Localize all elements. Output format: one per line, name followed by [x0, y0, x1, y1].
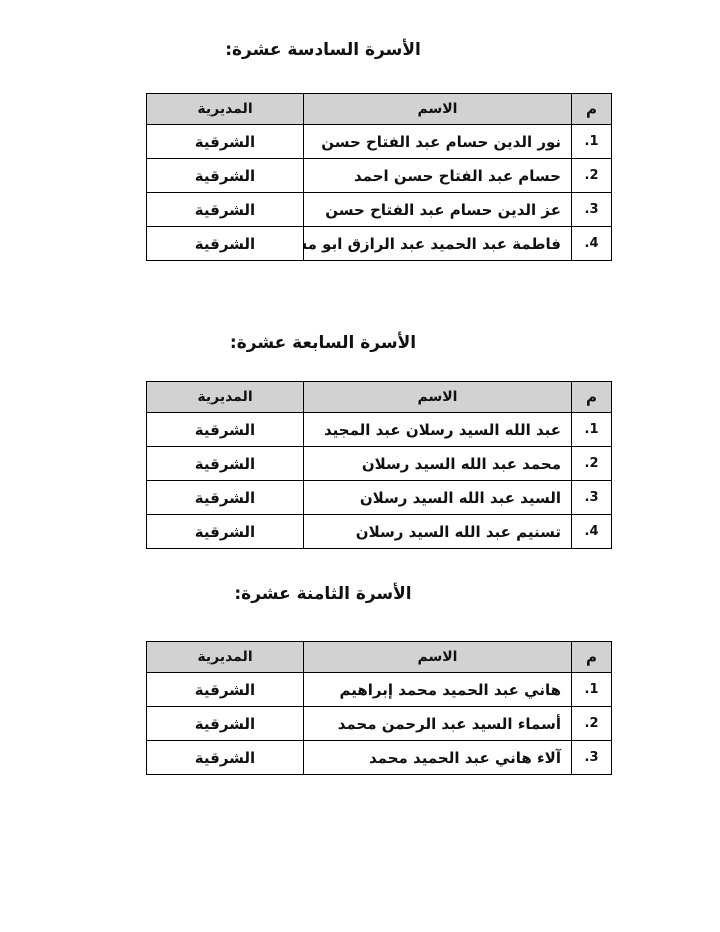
table-header-row: م الاسم المديرية [147, 94, 612, 125]
column-header-directorate: المديرية [147, 382, 304, 413]
column-header-directorate: المديرية [147, 94, 304, 125]
cell-serial: 4. [572, 515, 612, 549]
cell-name: هاني عبد الحميد محمد إبراهيم [304, 673, 572, 707]
cell-name: نور الدين حسام عبد الفتاح حسن [304, 125, 572, 159]
column-header-name: الاسم [304, 382, 572, 413]
cell-directorate: الشرقية [147, 413, 304, 447]
table-wrapper: م الاسم المديرية 1. هاني عبد الحميد محمد… [0, 641, 720, 775]
cell-name: فاطمة عبد الحميد عبد الرازق ابو مسلم [304, 227, 572, 261]
cell-name: عز الدين حسام عبد الفتاح حسن [304, 193, 572, 227]
table-row: 3. آلاء هاني عبد الحميد محمد الشرقية [147, 741, 612, 775]
cell-directorate: الشرقية [147, 159, 304, 193]
table-row: 1. عبد الله السيد رسلان عبد المجيد الشرق… [147, 413, 612, 447]
cell-name: محمد عبد الله السيد رسلان [304, 447, 572, 481]
cell-directorate: الشرقية [147, 707, 304, 741]
cell-serial: 3. [572, 193, 612, 227]
family-17-table: م الاسم المديرية 1. عبد الله السيد رسلان… [146, 381, 612, 549]
column-header-directorate: المديرية [147, 642, 304, 673]
cell-directorate: الشرقية [147, 227, 304, 261]
table-row: 1. هاني عبد الحميد محمد إبراهيم الشرقية [147, 673, 612, 707]
cell-name: حسام عبد الفتاح حسن احمد [304, 159, 572, 193]
table-row: 1. نور الدين حسام عبد الفتاح حسن الشرقية [147, 125, 612, 159]
cell-directorate: الشرقية [147, 515, 304, 549]
cell-serial: 1. [572, 413, 612, 447]
column-header-serial: م [572, 94, 612, 125]
cell-serial: 3. [572, 741, 612, 775]
cell-directorate: الشرقية [147, 447, 304, 481]
column-header-serial: م [572, 642, 612, 673]
table-wrapper: م الاسم المديرية 1. نور الدين حسام عبد ا… [0, 93, 720, 261]
table-header-row: م الاسم المديرية [147, 642, 612, 673]
column-header-serial: م [572, 382, 612, 413]
cell-name: تسنيم عبد الله السيد رسلان [304, 515, 572, 549]
section-title-family-18: الأسرة الثامنة عشرة: [0, 549, 683, 606]
cell-serial: 1. [572, 125, 612, 159]
table-row: 4. فاطمة عبد الحميد عبد الرازق ابو مسلم … [147, 227, 612, 261]
cell-directorate: الشرقية [147, 193, 304, 227]
cell-name: آلاء هاني عبد الحميد محمد [304, 741, 572, 775]
table-wrapper: م الاسم المديرية 1. عبد الله السيد رسلان… [0, 381, 720, 549]
table-row: 2. حسام عبد الفتاح حسن احمد الشرقية [147, 159, 612, 193]
table-row: 3. عز الدين حسام عبد الفتاح حسن الشرقية [147, 193, 612, 227]
table-row: 4. تسنيم عبد الله السيد رسلان الشرقية [147, 515, 612, 549]
document-page: الأسرة السادسة عشرة: م الاسم المديرية 1.… [0, 0, 720, 932]
section-title-family-16: الأسرة السادسة عشرة: [0, 0, 683, 62]
table-row: 2. أسماء السيد عبد الرحمن محمد الشرقية [147, 707, 612, 741]
column-header-name: الاسم [304, 642, 572, 673]
cell-serial: 2. [572, 159, 612, 193]
cell-name: عبد الله السيد رسلان عبد المجيد [304, 413, 572, 447]
cell-directorate: الشرقية [147, 673, 304, 707]
cell-serial: 2. [572, 707, 612, 741]
table-row: 2. محمد عبد الله السيد رسلان الشرقية [147, 447, 612, 481]
cell-directorate: الشرقية [147, 741, 304, 775]
cell-name: السيد عبد الله السيد رسلان [304, 481, 572, 515]
section-title-family-17: الأسرة السابعة عشرة: [0, 261, 683, 355]
cell-directorate: الشرقية [147, 125, 304, 159]
family-16-table: م الاسم المديرية 1. نور الدين حسام عبد ا… [146, 93, 612, 261]
cell-name: أسماء السيد عبد الرحمن محمد [304, 707, 572, 741]
cell-serial: 1. [572, 673, 612, 707]
column-header-name: الاسم [304, 94, 572, 125]
cell-directorate: الشرقية [147, 481, 304, 515]
table-row: 3. السيد عبد الله السيد رسلان الشرقية [147, 481, 612, 515]
cell-serial: 2. [572, 447, 612, 481]
table-header-row: م الاسم المديرية [147, 382, 612, 413]
cell-serial: 3. [572, 481, 612, 515]
family-18-table: م الاسم المديرية 1. هاني عبد الحميد محمد… [146, 641, 612, 775]
cell-serial: 4. [572, 227, 612, 261]
